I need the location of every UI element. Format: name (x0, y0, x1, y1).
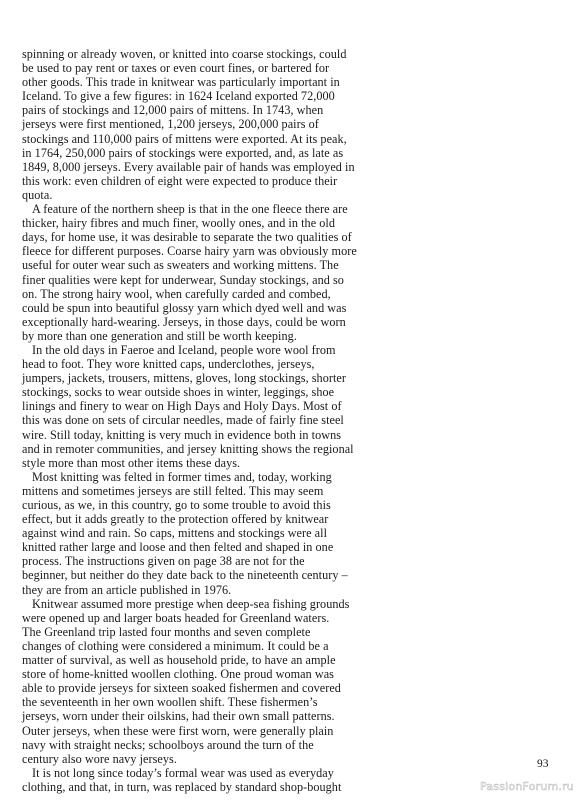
text-line: in 1764, 250,000 pairs of stockings were… (22, 146, 354, 160)
text-line: thicker, hairy fibres and much finer, wo… (22, 216, 354, 230)
text-line: quota. (22, 188, 354, 202)
text-line: exceptionally hard-wearing. Jerseys, in … (22, 315, 354, 329)
text-line: navy with straight necks; schoolboys aro… (22, 738, 354, 752)
text-line: spinning or already woven, or knitted in… (22, 47, 354, 61)
text-line: process. The instructions given on page … (22, 554, 354, 568)
paragraph: Knitwear assumed more prestige when deep… (22, 597, 354, 766)
text-line: stockings, socks to wear outside shoes i… (22, 385, 354, 399)
text-line: 1849, 8,000 jerseys. Every available pai… (22, 160, 354, 174)
text-line: against wind and rain. So caps, mittens … (22, 526, 354, 540)
text-line: days, for home use, it was desirable to … (22, 230, 354, 244)
text-line: effect, but it adds greatly to the prote… (22, 512, 354, 526)
text-line: they are from an article published in 19… (22, 583, 354, 597)
text-line: Most knitting was felted in former times… (22, 470, 354, 484)
paragraph: In the old days in Faeroe and Iceland, p… (22, 343, 354, 470)
text-line: Knitwear assumed more prestige when deep… (22, 597, 354, 611)
paragraph: A feature of the northern sheep is that … (22, 202, 354, 343)
text-line: other goods. This trade in knitwear was … (22, 75, 354, 89)
paragraph: spinning or already woven, or knitted in… (22, 47, 354, 202)
text-line: curious, as we, in this country, go to s… (22, 498, 354, 512)
text-line: Outer jerseys, when these were first wor… (22, 724, 354, 738)
text-line: knitted rather large and loose and then … (22, 540, 354, 554)
text-line: jerseys were first mentioned, 1,200 jers… (22, 117, 354, 131)
page-number: 93 (537, 758, 549, 770)
text-line: able to provide jerseys for sixteen soak… (22, 681, 354, 695)
text-line: be used to pay rent or taxes or even cou… (22, 61, 354, 75)
text-line: changes of clothing were considered a mi… (22, 639, 354, 653)
text-line: matter of survival, as well as household… (22, 653, 354, 667)
text-line: beginner, but neither do they date back … (22, 568, 354, 582)
text-line: this work: even children of eight were e… (22, 174, 354, 188)
text-line: clothing, and that, in turn, was replace… (22, 780, 354, 794)
text-line: The Greenland trip lasted four months an… (22, 625, 354, 639)
text-line: this was done on sets of circular needle… (22, 413, 354, 427)
text-line: fleece for different purposes. Coarse ha… (22, 244, 354, 258)
text-line: mittens and sometimes jerseys are still … (22, 484, 354, 498)
paragraph: Most knitting was felted in former times… (22, 470, 354, 597)
text-line: on. The strong hairy wool, when carefull… (22, 287, 354, 301)
text-line: style more than most other items these d… (22, 456, 354, 470)
text-line: jerseys, worn under their oilskins, had … (22, 709, 354, 723)
text-line: It is not long since today’s formal wear… (22, 766, 354, 780)
text-line: head to foot. They wore knitted caps, un… (22, 357, 354, 371)
text-line: pairs of stockings and 12,000 pairs of m… (22, 103, 354, 117)
text-line: linings and finery to wear on High Days … (22, 399, 354, 413)
text-line: were opened up and larger boats headed f… (22, 611, 354, 625)
watermark: PassionForum.ru (480, 780, 574, 793)
text-line: stockings and 110,000 pairs of mittens w… (22, 132, 354, 146)
text-line: wire. Still today, knitting is very much… (22, 428, 354, 442)
text-line: by more than one generation and still be… (22, 329, 354, 343)
body-text: spinning or already woven, or knitted in… (22, 47, 354, 794)
text-line: the seventeenth in her own woollen shift… (22, 695, 354, 709)
text-line: could be spun into beautiful glossy yarn… (22, 301, 354, 315)
text-line: century also wore navy jerseys. (22, 752, 354, 766)
text-line: In the old days in Faeroe and Iceland, p… (22, 343, 354, 357)
text-line: A feature of the northern sheep is that … (22, 202, 354, 216)
text-line: jumpers, jackets, trousers, mittens, glo… (22, 371, 354, 385)
text-line: useful for outer wear such as sweaters a… (22, 258, 354, 272)
book-page: spinning or already woven, or knitted in… (0, 0, 585, 800)
text-line: and in remoter communities, and jersey k… (22, 442, 354, 456)
text-line: Iceland. To give a few figures: in 1624 … (22, 89, 354, 103)
text-line: finer qualities were kept for underwear,… (22, 273, 354, 287)
text-line: store of home-knitted woollen clothing. … (22, 667, 354, 681)
paragraph: It is not long since today’s formal wear… (22, 766, 354, 794)
